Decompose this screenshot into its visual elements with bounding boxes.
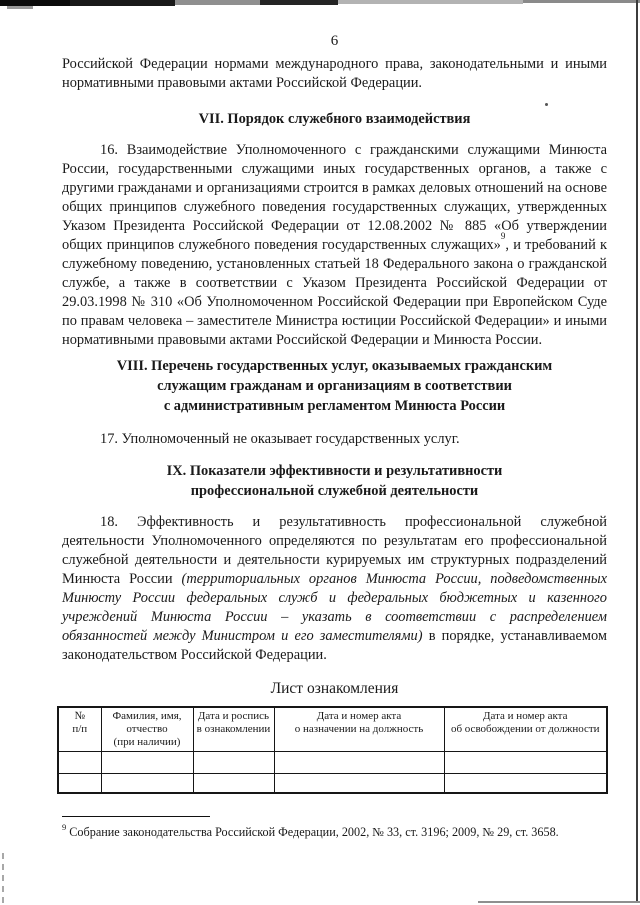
paragraph-16-text: , и требований к служебному поведению, у…	[62, 237, 607, 348]
familiarization-sheet-title: Лист ознакомления	[62, 679, 607, 698]
table-header-number: № п/п	[58, 707, 101, 752]
table-cell	[193, 752, 274, 774]
scan-artifact-bottom-edge-line	[478, 901, 640, 903]
table-cell	[58, 774, 101, 794]
section-viii-heading-line: с административным регламентом Минюста Р…	[62, 396, 607, 416]
table-header-full-name: Фамилия, имя, отчество (при наличии)	[101, 707, 193, 752]
scanned-document-page: 6 Российской Федерации нормами междунаро…	[0, 0, 640, 905]
table-cell	[193, 774, 274, 794]
table-cell	[58, 752, 101, 774]
paragraph-16: 16. Взаимодействие Уполномоченного с гра…	[62, 141, 607, 350]
table-cell	[444, 752, 607, 774]
section-vii-heading: VII. Порядок служебного взаимодействия	[62, 109, 607, 129]
intro-paragraph: Российской Федерации нормами международн…	[62, 55, 607, 93]
scan-artifact-top-bar	[0, 0, 70, 6]
page-number: 6	[62, 32, 607, 51]
table-cell	[101, 774, 193, 794]
table-row	[58, 752, 607, 774]
section-ix-heading-line: профессиональной служебной деятельности	[62, 481, 607, 501]
scan-artifact-left-dashed-line	[2, 853, 4, 903]
familiarization-table: № п/п Фамилия, имя, отчество (при наличи…	[57, 706, 608, 794]
table-header-date-signature: Дата и роспись в ознакомлении	[193, 707, 274, 752]
section-ix-heading: IX. Показатели эффективности и результат…	[62, 461, 607, 501]
scan-artifact-right-edge-line	[636, 0, 638, 903]
table-cell	[274, 752, 444, 774]
table-header-release-act: Дата и номер акта об освобождении от дол…	[444, 707, 607, 752]
footnote-reference-9: 9	[501, 231, 506, 241]
document-content: 6 Российской Федерации нормами междунаро…	[62, 0, 607, 840]
table-cell	[101, 752, 193, 774]
table-cell	[444, 774, 607, 794]
table-header-row: № п/п Фамилия, имя, отчество (при наличи…	[58, 707, 607, 752]
footnote-citation: Собрание законодательства Российской Фед…	[69, 825, 558, 839]
table-row	[58, 774, 607, 794]
scan-artifact-smudge	[7, 6, 33, 9]
section-ix-heading-line: IX. Показатели эффективности и результат…	[62, 461, 607, 481]
section-viii-heading: VIII. Перечень государственных услуг, ок…	[62, 356, 607, 416]
section-viii-heading-line: VIII. Перечень государственных услуг, ок…	[62, 356, 607, 376]
footnote-text: 9 Собрание законодательства Российской Ф…	[62, 821, 607, 840]
paragraph-17: 17. Уполномоченный не оказывает государс…	[62, 430, 607, 449]
paragraph-18: 18. Эффективность и результативность про…	[62, 513, 607, 665]
familiarization-table-wrapper: № п/п Фамилия, имя, отчество (при наличи…	[57, 706, 607, 794]
section-viii-heading-line: служащим гражданам и организациям в соот…	[62, 376, 607, 396]
table-header-appointment-act: Дата и номер акта о назначении на должно…	[274, 707, 444, 752]
table-cell	[274, 774, 444, 794]
footnote-block: 9 Собрание законодательства Российской Ф…	[62, 816, 607, 840]
footnote-separator-rule	[62, 816, 210, 817]
footnote-marker-9: 9	[62, 822, 66, 832]
